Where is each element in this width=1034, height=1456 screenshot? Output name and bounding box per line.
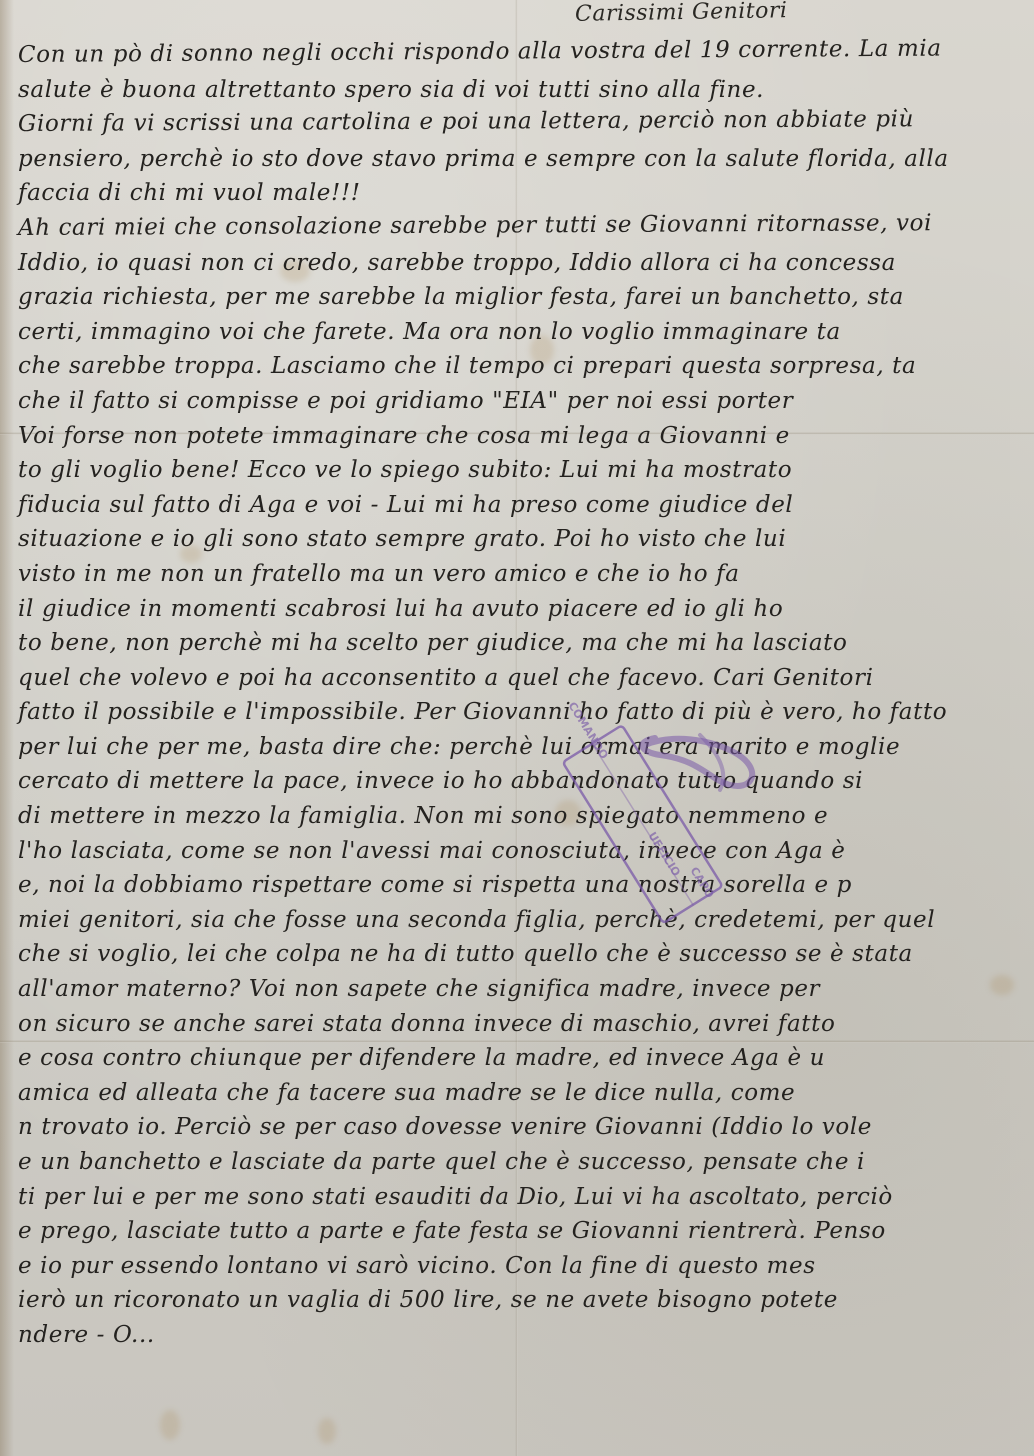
letter-line: e un banchetto e lasciate da parte quel … — [18, 1145, 1034, 1180]
letter-line: miei genitori, sia che fosse una seconda… — [18, 903, 1034, 938]
letter-paper: Carissimi Genitori Con un pò di sonno ne… — [0, 0, 1034, 1456]
letter-line: Giorni fa vi scrissi una cartolina e poi… — [18, 102, 1034, 142]
letter-line: quel che volevo e poi ha acconsentito a … — [18, 661, 1034, 696]
letter-line: to bene, non perchè mi ha scelto per giu… — [18, 626, 1034, 661]
letter-line: che si voglio, lei che colpa ne ha di tu… — [18, 937, 1034, 972]
letter-line: che sarebbe troppa. Lasciamo che il temp… — [18, 349, 1034, 384]
paper-stain — [318, 1418, 336, 1444]
letter-body: Con un pò di sonno negli occhi rispondo … — [18, 38, 1034, 1353]
letter-line: pensiero, perchè io sto dove stavo prima… — [18, 142, 1034, 177]
letter-line: fatto il possibile e l'impossibile. Per … — [18, 695, 1034, 730]
letter-line: l'ho lasciata, come se non l'avessi mai … — [18, 834, 1034, 869]
letter-line: e prego, lasciate tutto a parte e fate f… — [18, 1214, 1034, 1249]
letter-salutation: Carissimi Genitori — [575, 0, 788, 27]
letter-line: n trovato io. Perciò se per caso dovesse… — [18, 1110, 1034, 1145]
letter-line: Iddio, io quasi non ci credo, sarebbe tr… — [18, 246, 1034, 281]
letter-line: ierò un ricoronato un vaglia di 500 lire… — [18, 1283, 1034, 1318]
letter-line: visto in me non un fratello ma un vero a… — [18, 557, 1034, 592]
letter-line: Con un pò di sonno negli occhi rispondo … — [18, 31, 1034, 73]
letter-line: il giudice in momenti scabrosi lui ha av… — [18, 592, 1034, 627]
letter-line: grazia richiesta, per me sarebbe la migl… — [18, 280, 1034, 315]
letter-line: e cosa contro chiunque per difendere la … — [18, 1041, 1034, 1076]
letter-line: ti per lui e per me sono stati esauditi … — [18, 1180, 1034, 1215]
letter-line: situazione e io gli sono stato sempre gr… — [18, 522, 1034, 557]
letter-line: che il fatto si compisse e poi gridiamo … — [18, 384, 1034, 419]
letter-line: to gli voglio bene! Ecco ve lo spiego su… — [18, 453, 1034, 488]
letter-line: e io pur essendo lontano vi sarò vicino.… — [18, 1249, 1034, 1284]
letter-line: amica ed alleata che fa tacere sua madre… — [18, 1076, 1034, 1111]
letter-line: all'amor materno? Voi non sapete che sig… — [18, 972, 1034, 1007]
letter-line: di mettere in mezzo la famiglia. Non mi … — [18, 799, 1034, 834]
letter-line: e, noi la dobbiamo rispettare come si ri… — [18, 868, 1034, 903]
paper-stain — [160, 1410, 180, 1440]
letter-line: on sicuro se anche sarei stata donna inv… — [18, 1007, 1034, 1042]
letter-line: per lui che per me, basta dire che: perc… — [18, 730, 1034, 765]
letter-line: Voi forse non potete immaginare che cosa… — [18, 419, 1034, 454]
letter-line: fiducia sul fatto di Aga e voi - Lui mi … — [18, 488, 1034, 523]
letter-line: certi, immagino voi che farete. Ma ora n… — [18, 315, 1034, 350]
letter-line: ndere - O... — [18, 1318, 1034, 1353]
letter-line: cercato di mettere la pace, invece io ho… — [18, 764, 1034, 799]
paper-edge-shadow — [0, 0, 14, 1456]
letter-line: Ah cari miei che consolazione sarebbe pe… — [18, 206, 1034, 246]
